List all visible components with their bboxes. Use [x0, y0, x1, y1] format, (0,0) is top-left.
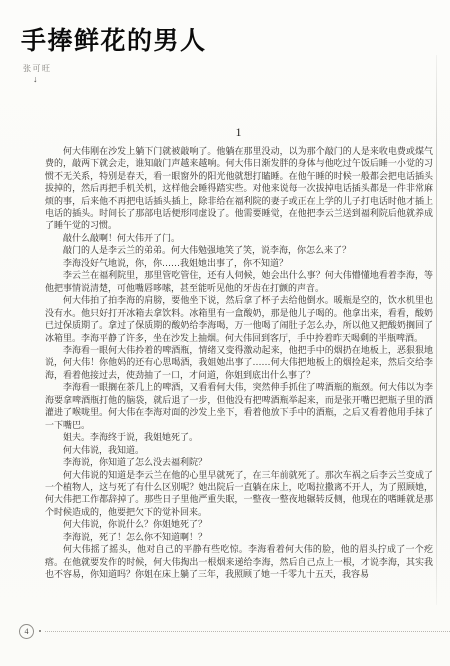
paragraph: 李海看一眼搁在茶几上的啤酒，又看看何大伟，突然伸手抓住了啤酒瓶的瓶颈。何大伟以为… [45, 381, 433, 431]
story-text: 何大伟刚在沙发上躺下门就被敲响了。他躺在那里没动，以为那个敲门的人是来收电费或煤… [45, 145, 433, 581]
book-page: 手捧鲜花的男人 张可旺 ↓ 1 何大伟刚在沙发上躺下门就被敲响了。他躺在那里没动… [0, 0, 450, 666]
down-arrow-mark: ↓ [33, 75, 450, 84]
section-number: 1 [45, 125, 432, 140]
paragraph: 何大伟拍了拍李海的肩膀，要他坐下说，然后拿了杯子去给他倒水。暖瓶是空的，饮水机里… [45, 294, 433, 344]
paragraph: 敲门的人是李云兰的弟弟。何大伟勉强地笑了笑，说李海，你怎么来了？ [45, 244, 433, 256]
paragraph: 何大伟摇了摇头，他对自己的平静有些吃惊。李海看着何大伟的脸，他的眉头拧成了一个疙… [45, 543, 433, 580]
footer-dotted-rule [45, 631, 450, 632]
paragraph: 李海没好气地说，你，你……我姐她出事了，你不知道？ [45, 257, 433, 269]
page-footer: 4 [19, 624, 450, 638]
paragraph: 何大伟说，我知道。 [45, 444, 433, 456]
paragraph: 李海看一眼何大伟拎着的啤酒瓶，情绪又变得激动起来，他把手中的烟扔在地板上，恶狠狠… [45, 344, 433, 381]
paragraph: 何大伟说，你说什么？你姐她死了？ [45, 518, 433, 530]
paragraph: 李海说，死了！怎么你不知道啊！？ [45, 531, 433, 543]
author-name: 张可旺 [23, 63, 450, 74]
footer-dot [39, 630, 41, 632]
page-edge-line [436, 55, 438, 605]
page-number-badge: 4 [19, 624, 34, 639]
paragraph: 李云兰在福利院里，那里管吃管住，还有人伺候，她会出什么事？何大伟懵懂地看着李海，… [45, 269, 433, 294]
paragraph: 何大伟刚在沙发上躺下门就被敲响了。他躺在那里没动，以为那个敲门的人是来收电费或煤… [45, 145, 433, 232]
paragraph: 姐夫。李海终于说，我姐她死了。 [45, 431, 433, 443]
paragraph: 何大伟说的知道是李云兰在他的心里早就死了，在三年前就死了。那次车祸之后李云兰变成… [45, 469, 433, 519]
page-title: 手捧鲜花的男人 [0, 0, 450, 56]
paragraph: 李海说，你知道了怎么没去福利院？ [45, 456, 433, 468]
paragraph: 敲什么敲啊！何大伟开了门。 [45, 232, 433, 244]
